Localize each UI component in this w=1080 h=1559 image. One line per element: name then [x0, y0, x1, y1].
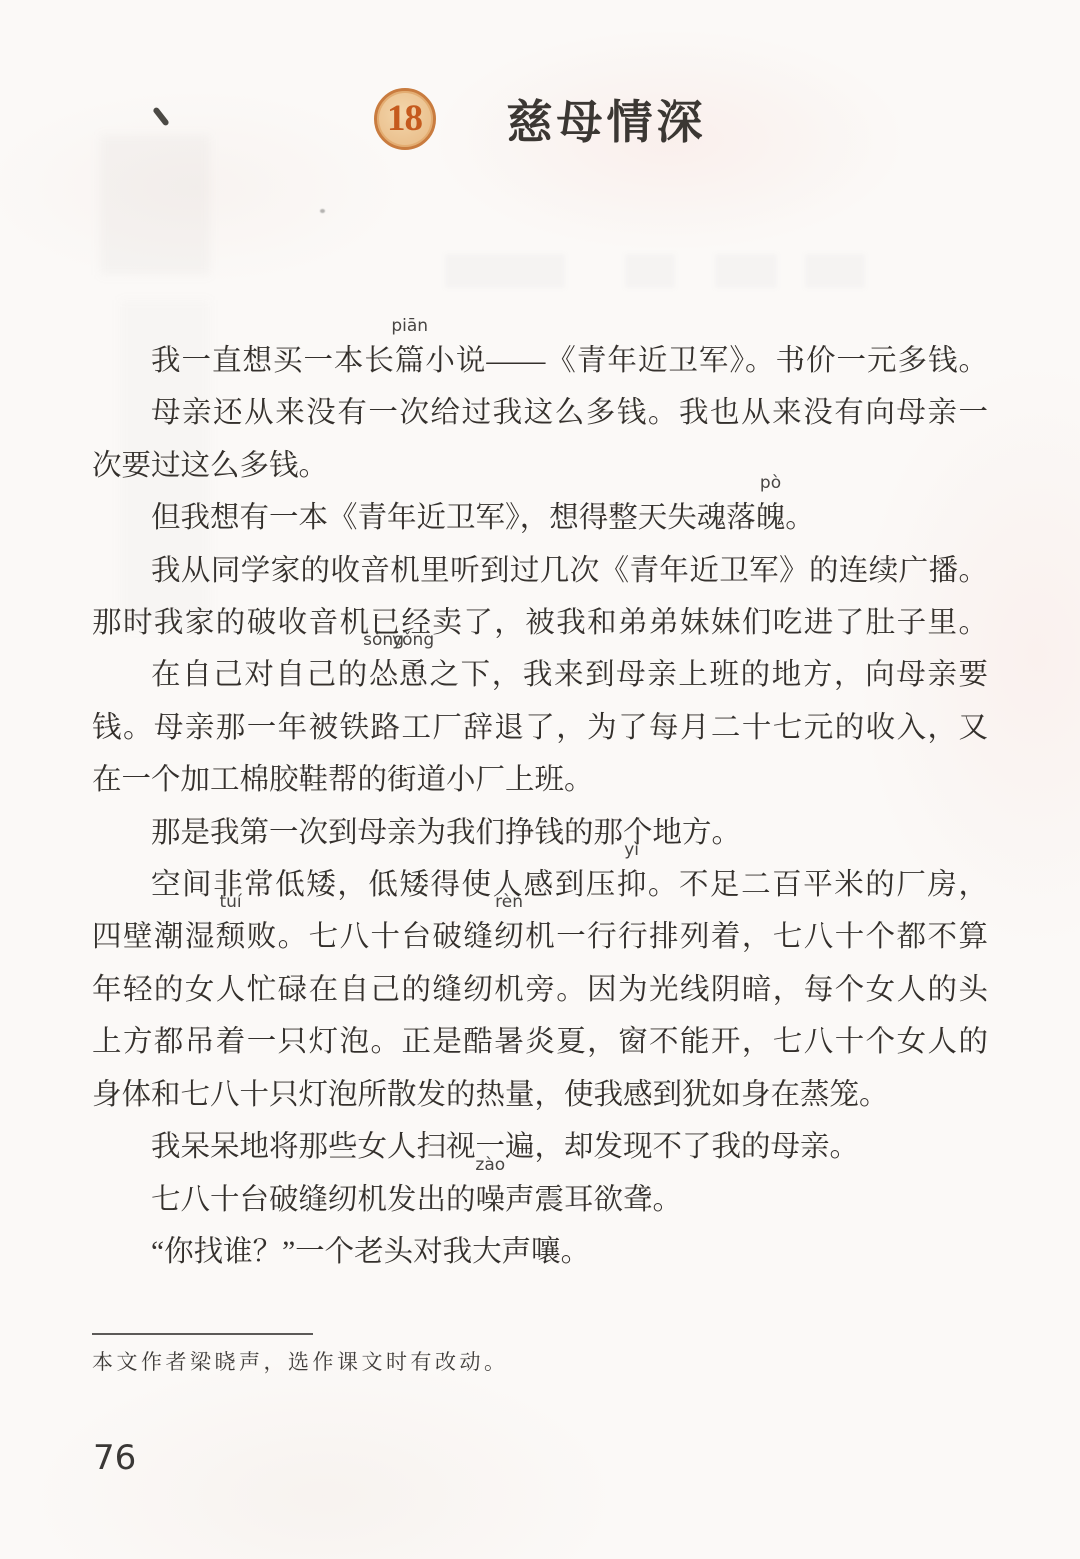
page-number: 76 — [93, 1438, 136, 1478]
text-run: 那是我第一次到母亲为我们挣钱的那个地方。 — [151, 817, 741, 849]
text-line: 年轻的女人忙碌在自己的缝纫机旁。因为光线阴暗，每个女人的头 — [92, 964, 988, 1016]
text-run: 上方都吊着一只灯泡。正是酷暑炎夏，窗不能开，七八十个女人的 — [92, 1026, 988, 1058]
text-line: 母亲还从来没有一次给过我这么多钱。我也从来没有向母亲一 — [92, 387, 988, 439]
text-line: 身体和七八十只灯泡所散发的热量，使我感到犹如身在蒸笼。 — [92, 1069, 988, 1121]
text-run: 我从同学家的收音机里听到过几次《青年近卫军》的连续广播。 — [151, 555, 988, 587]
pinyin-label: pò — [760, 475, 781, 492]
text-run: 四壁潮湿 — [92, 921, 216, 953]
text-run: 小说——《青年近卫军》。书价一元多钱。 — [424, 345, 988, 377]
text-run: 但我想有一本《青年近卫军》，想得整天失魂落 — [151, 502, 756, 534]
text-run: 身体和七八十只灯泡所散发的热量，使我感到犹如身在蒸笼。 — [92, 1079, 889, 1111]
pinyin-annotated-char: tuí颓 — [216, 911, 246, 963]
ghost-bleedthrough — [715, 254, 777, 288]
pinyin-annotated-char: yǒng恿 — [398, 649, 428, 701]
text-run: 年轻的女人忙碌在自己的缝纫机旁。因为光线阴暗，每个女人的头 — [92, 974, 988, 1006]
text-line: 在自己对自己的sǒng怂yǒng恿之下，我来到母亲上班的地方，向母亲要 — [92, 649, 988, 701]
pinyin-label: yì — [624, 842, 639, 859]
body-text: 我一直想买一本长piān篇小说——《青年近卫军》。书价一元多钱。母亲还从来没有一… — [92, 335, 988, 1278]
ghost-bleedthrough — [445, 254, 565, 288]
pinyin-annotated-char: sǒng怂 — [369, 649, 399, 701]
text-line: 那时我家的破收音机已经卖了，被我和弟弟妹妹们吃进了肚子里。 — [92, 597, 988, 649]
pinyin-label: piān — [391, 318, 428, 335]
text-run: 败。七八十台破缝 — [245, 921, 494, 953]
lesson-number: 18 — [387, 97, 422, 140]
text-line: 次要过这么多钱。 — [92, 440, 988, 492]
pinyin-label: rèn — [495, 894, 523, 911]
text-line: 在一个加工棉胶鞋帮的街道小厂上班。 — [92, 754, 988, 806]
text-run: 次要过这么多钱。 — [92, 450, 328, 482]
footnote-text: 本文作者梁晓声，选作课文时有改动。 — [92, 1346, 509, 1376]
textbook-page: 18 慈母情深 我一直想买一本长piān篇小说——《青年近卫军》。书价一元多钱。… — [0, 0, 1080, 1559]
ghost-bleedthrough — [625, 254, 675, 288]
text-run: 那时我家的破收音机已经卖了，被我和弟弟妹妹们吃进了肚子里。 — [92, 607, 988, 639]
lesson-number-badge: 18 — [374, 88, 436, 150]
text-line: “你找谁？”一个老头对我大声嚷。 — [92, 1226, 988, 1278]
text-run: 。不足二百平米的厂房， — [646, 869, 988, 901]
text-line: 但我想有一本《青年近卫军》，想得整天失魂落pò魄。 — [92, 492, 988, 544]
pinyin-label: yǒng — [392, 632, 434, 649]
lesson-header: 18 慈母情深 — [0, 86, 1080, 152]
text-line: 那是我第一次到母亲为我们挣钱的那个地方。 — [92, 807, 988, 859]
text-run: 。 — [785, 502, 815, 534]
text-run: 机一行行排列着，七八十个都不算 — [524, 921, 988, 953]
text-line: 四壁潮湿tuí颓败。七八十台破缝rèn纫机一行行排列着，七八十个都不算 — [92, 911, 988, 963]
lesson-title: 慈母情深 — [507, 86, 707, 152]
ghost-bleedthrough — [805, 254, 865, 288]
pinyin-label: tuí — [219, 894, 241, 911]
text-line: 钱。母亲那一年被铁路工厂辞退了，为了每月二十七元的收入，又 — [92, 702, 988, 754]
text-run: “你找谁？”一个老头对我大声嚷。 — [151, 1236, 590, 1268]
text-run: 我一直想买一本长 — [151, 345, 395, 377]
text-run: 声震耳欲聋。 — [505, 1184, 682, 1216]
text-line: 七八十台破缝纫机发出的zào噪声震耳欲聋。 — [92, 1174, 988, 1226]
text-line: 我一直想买一本长piān篇小说——《青年近卫军》。书价一元多钱。 — [92, 335, 988, 387]
text-line: 上方都吊着一只灯泡。正是酷暑炎夏，窗不能开，七八十个女人的 — [92, 1016, 988, 1068]
text-line: 我呆呆地将那些女人扫视一遍，却发现不了我的母亲。 — [92, 1121, 988, 1173]
text-run: 七八十台破缝纫机发出的 — [151, 1184, 476, 1216]
ghost-smudge — [100, 135, 210, 275]
pinyin-annotated-char: zào噪 — [476, 1174, 506, 1226]
text-run: 在一个加工棉胶鞋帮的街道小厂上班。 — [92, 764, 594, 796]
pinyin-annotated-char: pò魄 — [756, 492, 786, 544]
speck — [320, 209, 325, 213]
text-run: 母亲还从来没有一次给过我这么多钱。我也从来没有向母亲一 — [151, 397, 988, 429]
text-run: 钱。母亲那一年被铁路工厂辞退了，为了每月二十七元的收入，又 — [92, 712, 988, 744]
footnote-divider — [92, 1333, 313, 1335]
pinyin-label: zào — [475, 1157, 505, 1174]
text-run: 在自己对自己的 — [151, 659, 369, 691]
pinyin-annotated-char: piān篇 — [395, 335, 425, 387]
pinyin-annotated-char: rèn纫 — [494, 911, 524, 963]
pinyin-annotated-char: yì抑 — [617, 859, 647, 911]
text-run: 之下，我来到母亲上班的地方，向母亲要 — [428, 659, 988, 691]
text-line: 我从同学家的收音机里听到过几次《青年近卫军》的连续广播。 — [92, 545, 988, 597]
